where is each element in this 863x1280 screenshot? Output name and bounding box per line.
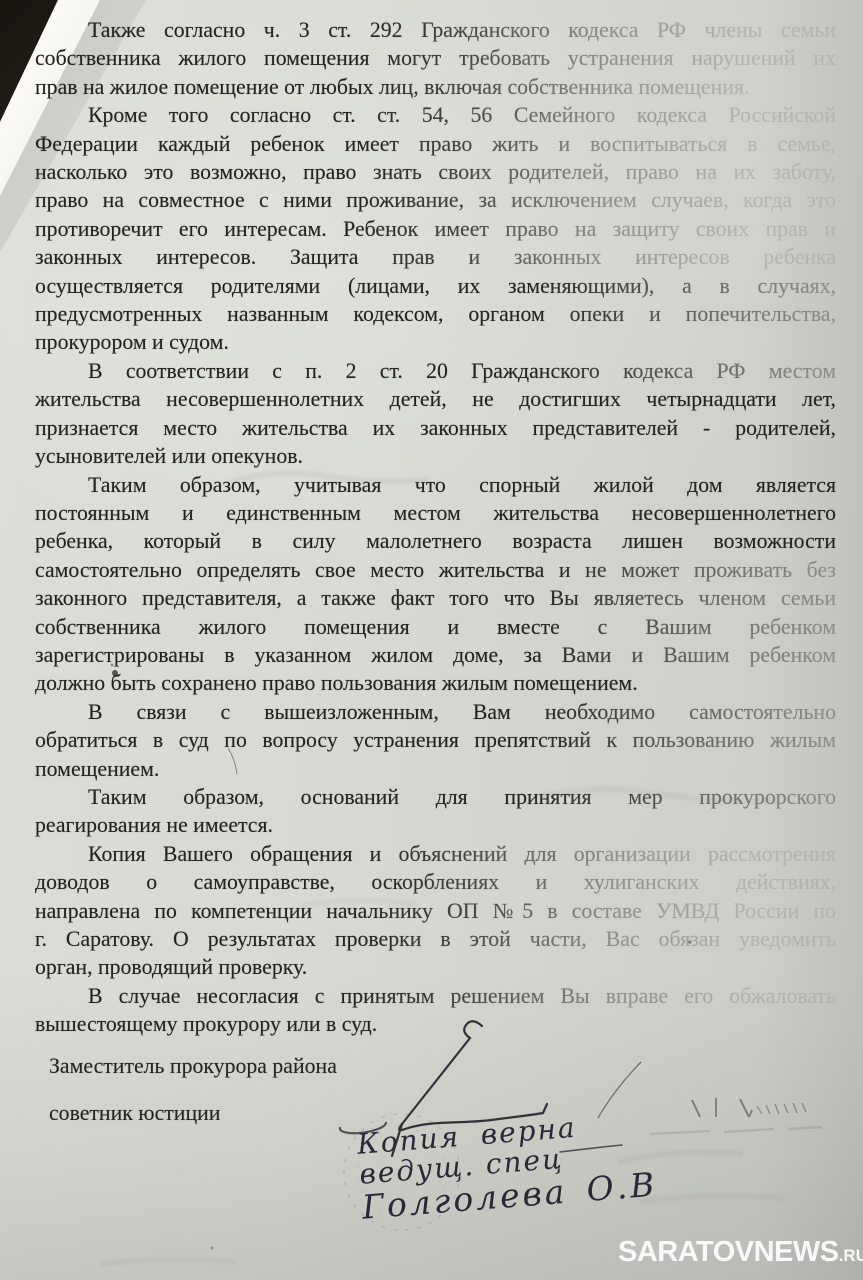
text-line: ребенка, который в силу малолетнего возр… <box>35 527 836 555</box>
text-line: реагирования не имеется. <box>35 811 836 839</box>
watermark-logo: SARATOVNEWS.RU <box>618 1236 863 1269</box>
text-line: Также согласно ч. 3 ст. 292 Гражданского… <box>35 16 836 44</box>
document-photo: Также согласно ч. 3 ст. 292 Гражданского… <box>0 0 863 1280</box>
text-line: направлена по компетенции начальнику ОП … <box>35 897 836 925</box>
text-line: признается место жительства их законных … <box>35 414 836 442</box>
text-line: вышестоящему прокурору или в суд. <box>35 1010 836 1038</box>
text-line: обратиться в суд по вопросу устранения п… <box>35 726 836 754</box>
text-line: Таким образом, оснований для принятия ме… <box>35 783 836 811</box>
text-line: доводов о самоуправстве, оскорблениях и … <box>35 868 836 896</box>
text-line: В соответствии с п. 2 ст. 20 Гражданског… <box>35 357 836 385</box>
text-line: прав на жилое помещение от любых лиц, вк… <box>35 73 836 101</box>
text-line: Копия Вашего обращения и объяснений для … <box>35 840 836 868</box>
watermark-text: SARATOVNEWS <box>618 1236 839 1268</box>
text-line: В случае несогласия с принятым решением … <box>35 982 836 1010</box>
signatory-position-line2: советник юстиции <box>49 1100 337 1127</box>
text-line: право на совместное с ними проживание, з… <box>35 186 836 214</box>
text-line: противоречит его интересам. Ребенок имее… <box>35 215 836 243</box>
text-line: собственника жилого помещения могут треб… <box>35 44 836 72</box>
text-line: жительства несовершеннолетних детей, не … <box>35 385 836 413</box>
text-line: Кроме того согласно ст. ст. 54, 56 Семей… <box>35 101 836 129</box>
text-line: прокурором и судом. <box>35 328 836 356</box>
text-line: насколько это возможно, право знать свои… <box>35 158 836 186</box>
text-line: г. Саратову. О результатах проверки в эт… <box>35 925 836 953</box>
text-line: собственника жилого помещения и вместе с… <box>35 613 836 641</box>
text-line: орган, проводящий проверку. <box>35 953 836 981</box>
text-line: зарегистрированы в указанном жилом доме,… <box>35 641 836 669</box>
text-line: усыновителей или опекунов. <box>35 442 836 470</box>
text-line: В связи с вышеизложенным, Вам необходимо… <box>35 698 836 726</box>
text-line: законных интересов. Защита прав и законн… <box>35 243 836 271</box>
watermark-suffix: .RU <box>839 1246 863 1265</box>
text-line: осуществляется родителями (лицами, их за… <box>35 272 836 300</box>
signatory-block: Заместитель прокурора района советник юс… <box>49 1053 337 1127</box>
text-line: помещением. <box>35 755 836 783</box>
text-line: Таким образом, учитывая что спорный жило… <box>35 471 836 499</box>
text-line: постоянным и единственным местом жительс… <box>35 499 836 527</box>
text-line: законного представителя, а также факт то… <box>35 584 836 612</box>
signatory-position-line1: Заместитель прокурора района <box>49 1053 337 1080</box>
text-line: предусмотренных названным кодексом, орга… <box>35 300 836 328</box>
text-line: Федерации каждый ребенок имеет право жит… <box>35 130 836 158</box>
document-body-text: Также согласно ч. 3 ст. 292 Гражданского… <box>35 16 836 1039</box>
text-line: должно быть сохранено право пользования … <box>35 669 836 697</box>
text-line: самостоятельно определять свое место жит… <box>35 556 836 584</box>
